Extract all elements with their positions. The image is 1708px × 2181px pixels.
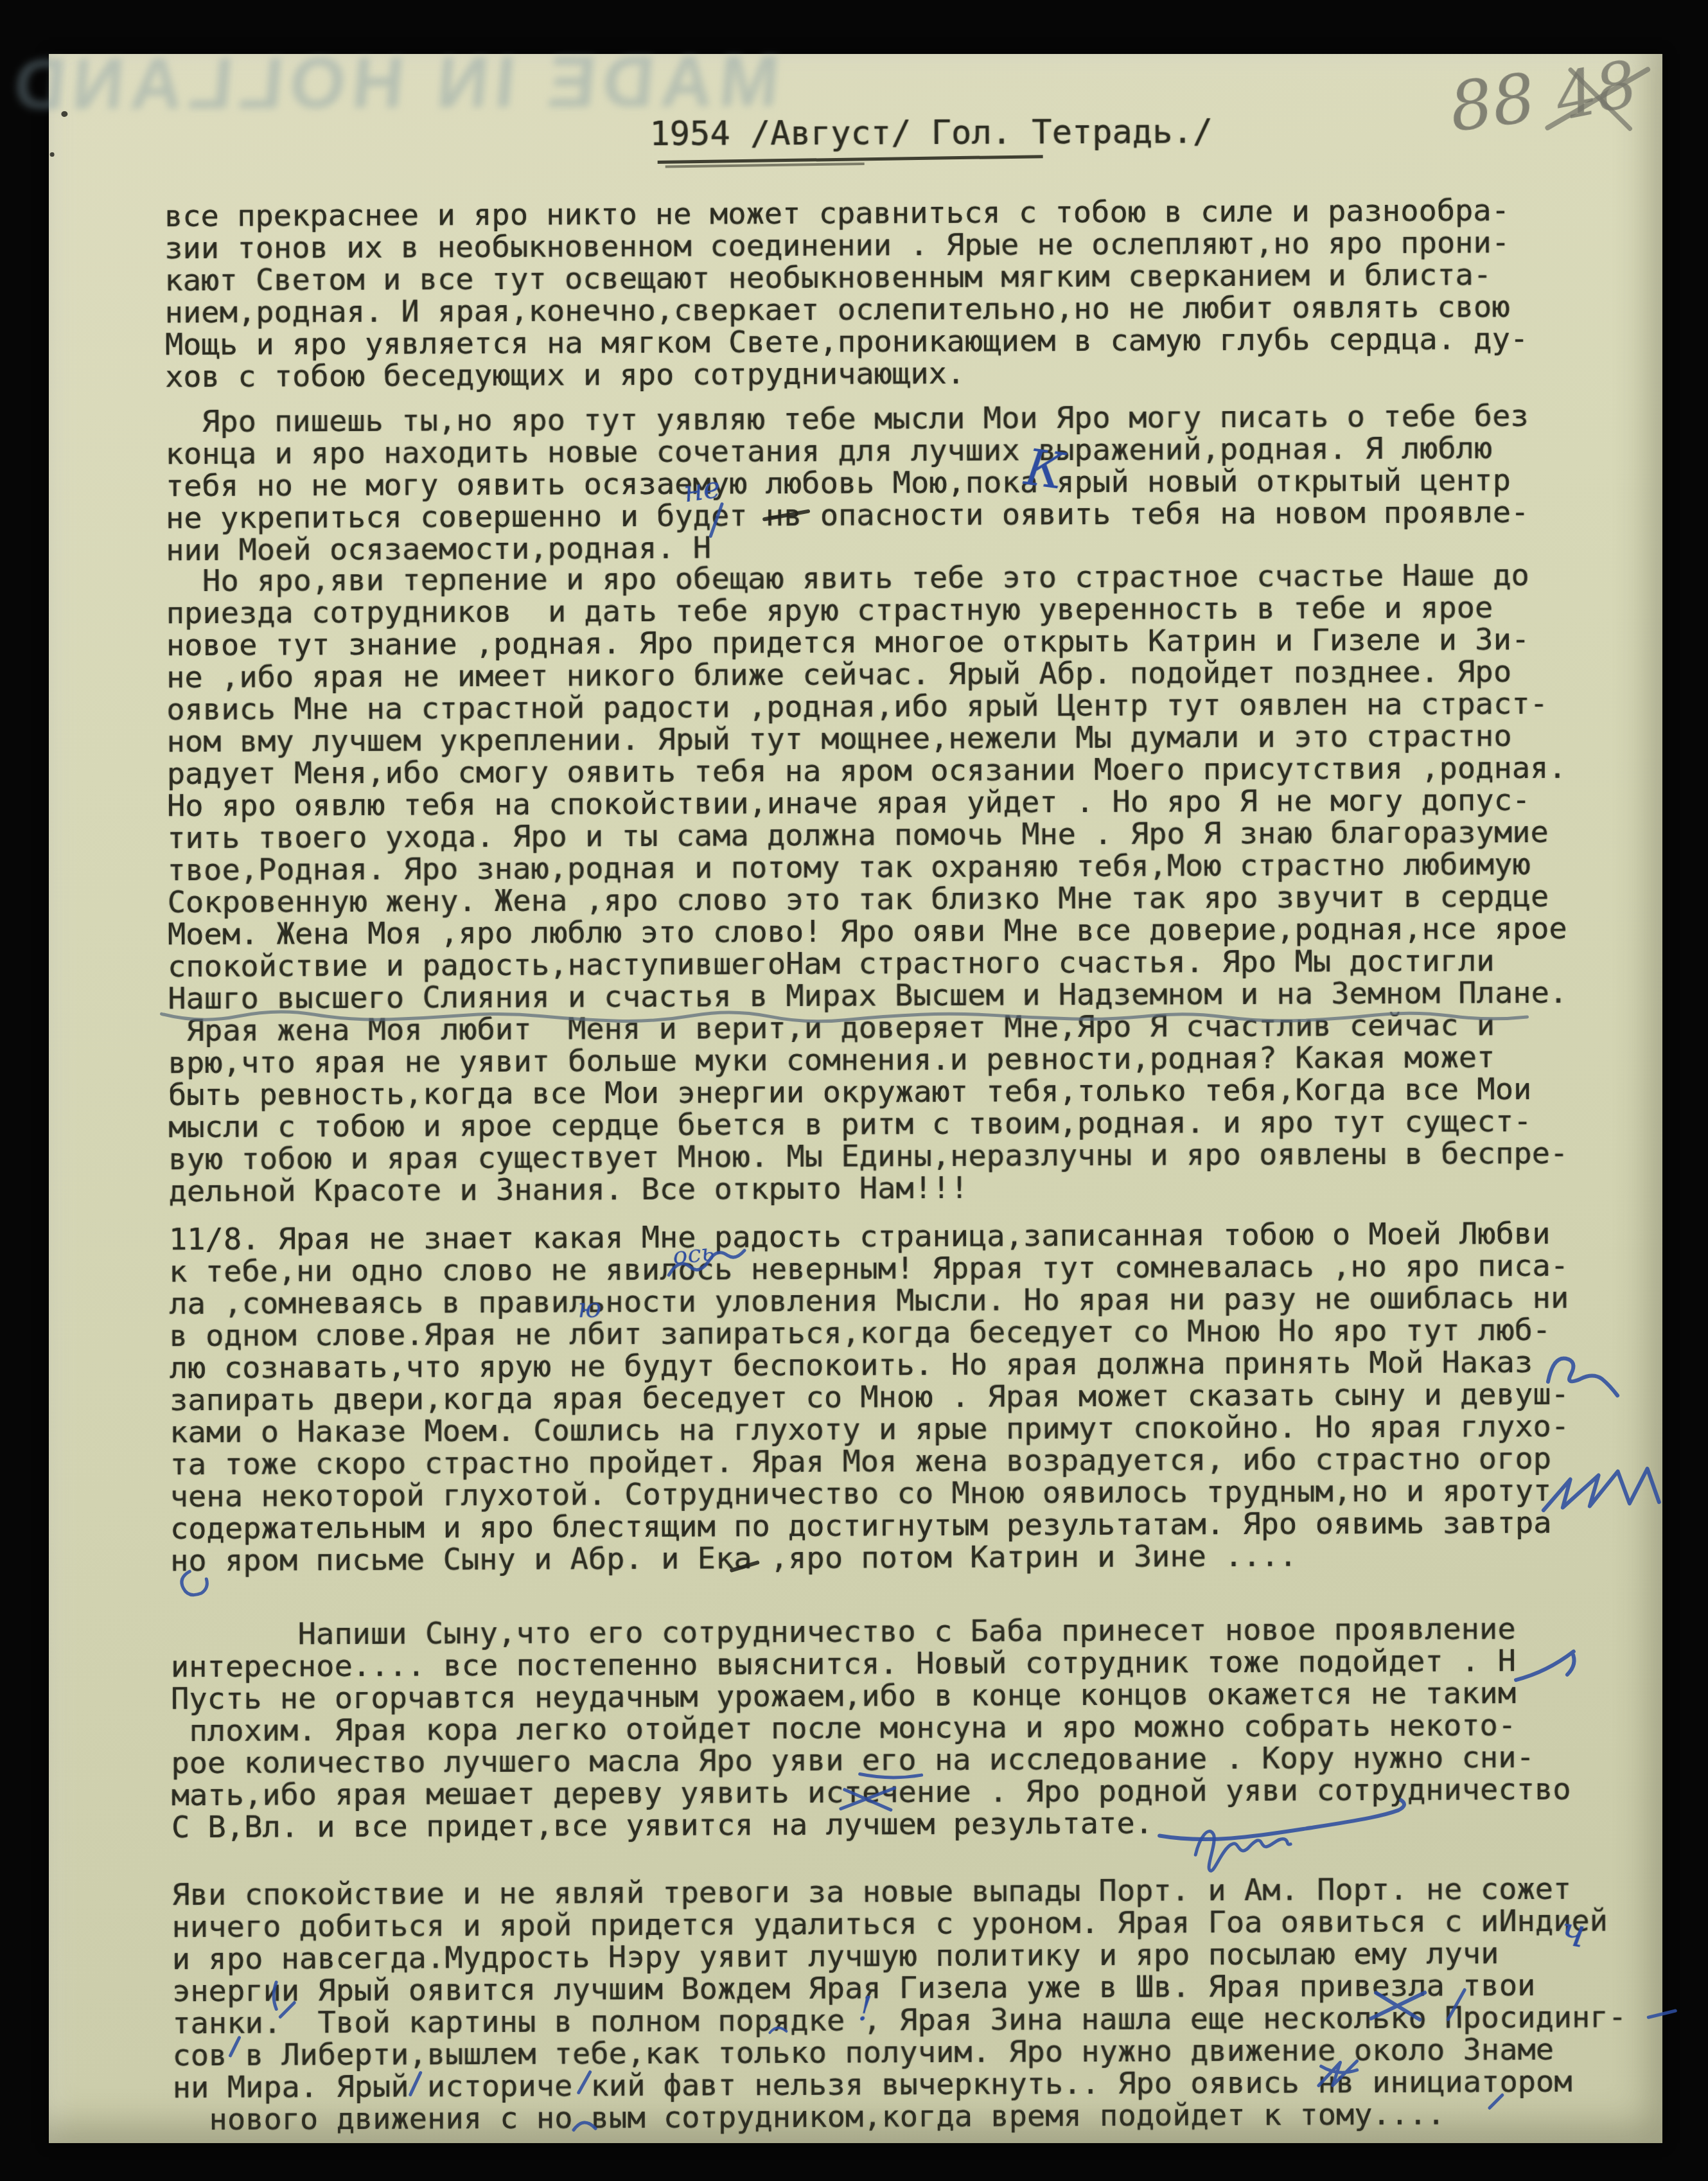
typewritten-line: хов с тобою беседующих и яро сотрудничаю…	[165, 355, 1662, 393]
ink-speck	[50, 152, 55, 157]
ink-speck	[61, 111, 67, 117]
paragraph-1: все прекраснее и яро никто не может срав…	[164, 194, 1662, 393]
pencil-page-number: 88	[1445, 58, 1540, 147]
pencil-page-number-crossed-out: 48	[1549, 46, 1644, 136]
paragraph-2: Яро пишешь ты,но яро тут уявляю тебе мыс…	[165, 400, 1662, 567]
handwritten-yu-correction: ю	[577, 1294, 601, 1321]
page-title: 1954 /Август/ Гол. Тетрадь./	[649, 112, 1213, 154]
paragraph-4: 11/8. Ярая не знает какая Мне радость ст…	[169, 1217, 1667, 1577]
scanned-document-photo: { "page": { "background_color": "#060606…	[0, 0, 1708, 2181]
handwritten-os-correction: ось	[671, 1239, 716, 1268]
typewritten-text: все прекраснее и яро никто не может срав…	[0, 0, 1704, 1]
paragraph-3: Но яро,яви терпение и яро обещаю явить т…	[166, 559, 1665, 1208]
handwritten-ne-insertion: не	[682, 472, 723, 507]
handwritten-annotations-layer: Кнеюосьч!	[0, 0, 1704, 1]
handwritten-exclamation: !	[858, 1992, 873, 2026]
handwritten-k-correction: К	[1022, 443, 1067, 497]
bleedthrough-stamp: MADE IN HOLLAND	[31, 40, 783, 126]
typewritten-line: С В,Вл. и все придет,все уявится на лучш…	[172, 1805, 1668, 1844]
typewritten-line: дельной Красоте и Знания. Все открыто На…	[169, 1169, 1666, 1208]
paragraph-5: Напиши Сыну,что его сотрудничество с Баб…	[171, 1612, 1669, 1844]
typewritten-line: но яром письме Сыну и Абр. и Ека ,яро по…	[170, 1539, 1667, 1577]
scan-content-layer: MADE IN HOLLAND 88 48 1954 /Август/ Гол.…	[0, 0, 1708, 2181]
paragraph-6: Яви спокойствие и не являй тревоги за но…	[172, 1873, 1669, 2136]
typewritten-line: нового движения с но вым сотрудником,ког…	[173, 2097, 1669, 2136]
